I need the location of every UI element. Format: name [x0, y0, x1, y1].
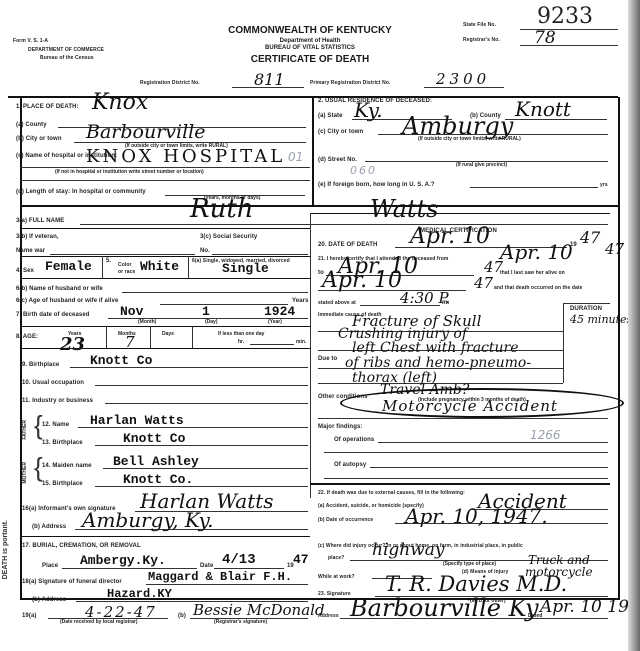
- due-to-label: Due to: [318, 356, 337, 362]
- while-at-work-label: While at work?: [318, 574, 355, 580]
- father-name-label: 12. Name: [42, 422, 69, 428]
- year-hint: (Year): [268, 319, 282, 325]
- sig-address-label: Address: [318, 613, 339, 619]
- res-city-hint: (If outside city or town limits, write R…: [418, 136, 521, 142]
- margin-text: DEATH is portant.: [2, 520, 9, 579]
- age-hr-label: hr.: [238, 339, 244, 345]
- attend-from-value: Apr. 10: [500, 240, 573, 264]
- death-city-label: (b) City or town: [16, 136, 62, 142]
- autopsy-label: Of autopsy: [334, 462, 366, 468]
- certificate-title: CERTIFICATE OF DEATH: [200, 54, 420, 65]
- last-name-value: Watts: [370, 195, 439, 223]
- place-of-death-title: 1. PLACE OF DEATH:: [16, 104, 79, 110]
- signature-label: 23. Signature: [318, 591, 351, 597]
- res-county-value: Knott: [515, 97, 571, 121]
- operations-label: Of operations: [334, 437, 374, 443]
- father-birthplace-label: 13. Birthplace: [42, 440, 83, 446]
- duration-label: DURATION: [570, 306, 602, 312]
- sig-address-value: Barbourville Ky: [350, 594, 539, 622]
- director-address-value: Hazard.KY: [107, 587, 172, 601]
- veteran-label: 3(b) If veteran,: [16, 234, 59, 240]
- death-county-label: (a) County: [16, 122, 47, 128]
- first-name-value: Ruth: [190, 194, 254, 224]
- age-days-label: Days: [162, 331, 174, 337]
- registrar-sig-label: (b): [178, 613, 186, 619]
- father-side-label: FATHER: [22, 420, 28, 440]
- mother-name-value: Bell Ashley: [113, 454, 199, 469]
- age-years-value: 23: [60, 334, 85, 355]
- dept-commerce: DEPARTMENT OF COMMERCE: [28, 47, 104, 53]
- race-num: 5.: [106, 258, 111, 264]
- birthplace-label: 9. Birthplace: [22, 362, 59, 368]
- burial-year-value: 47: [293, 552, 309, 567]
- registrar-no-label: Registrar's No.: [463, 37, 500, 43]
- burial-date-label: Date: [200, 563, 213, 569]
- bureau-vital: BUREAU OF VITAL STATISTICS: [200, 45, 420, 51]
- reg-district-number: 811: [254, 70, 285, 89]
- spouse-label: 6(b) Name of husband or wife: [16, 286, 103, 292]
- birth-day-value: 1: [202, 304, 210, 319]
- bureau-census: Bureau of the Census: [40, 55, 94, 61]
- hospital-value: KNOX HOSPITAL: [86, 146, 285, 167]
- external-title: 22. If death was due to external causes,…: [318, 490, 465, 496]
- registrar-hint: (Registrar's signature): [214, 619, 267, 625]
- death-county-value: Knox: [92, 90, 148, 115]
- sex-label: 4. Sex: [16, 268, 34, 274]
- birthplace-value: Knott Co: [90, 353, 152, 368]
- burial-place-value: Ambergy.Ky.: [80, 553, 166, 568]
- scan-edge: [628, 0, 640, 651]
- external-place-hint: (Specify type of place): [443, 561, 496, 567]
- hospital-hint: (If not in hospital or institution write…: [55, 169, 204, 175]
- burial-date-value: 4/13: [222, 552, 256, 568]
- res-city-label: (c) City or town: [318, 129, 363, 135]
- age-label: 8. AGE:: [16, 334, 38, 340]
- last-saw-label: that I last saw her alive on: [500, 270, 565, 276]
- registrar-signature: Bessie McDonald: [193, 601, 325, 619]
- res-foreign-unit: yrs: [600, 182, 608, 188]
- father-name-value: Harlan Watts: [90, 413, 184, 428]
- informant-address-label: (b) Address: [32, 524, 66, 530]
- month-hint: (Month): [138, 319, 156, 325]
- form-id: Form V. S. 1-A: [13, 38, 48, 44]
- mother-birthplace-label: 15. Birthplace: [42, 481, 83, 487]
- birth-month-value: Nov: [120, 304, 143, 319]
- pencil-note: 1266: [530, 428, 561, 442]
- last-saw-value: Apr. 10: [322, 268, 402, 293]
- birth-date-label: 7. Birth date of deceased: [16, 312, 90, 318]
- res-state-label: (a) State: [318, 113, 343, 119]
- day-hint: (Day): [205, 319, 218, 325]
- cause-line-3: left Chest with fracture: [352, 340, 519, 356]
- external-place-value: highway: [372, 540, 445, 560]
- external-place-label: place?: [328, 555, 344, 561]
- res-street-hint: (If rural give precinct): [456, 162, 507, 168]
- stated-label: stated above at: [318, 300, 356, 306]
- spouse-age-label: 6(c) Age of husband or wife if alive: [16, 298, 118, 304]
- mother-birthplace-value: Knott Co.: [123, 472, 193, 487]
- director-label: 18(a) Signature of funeral director: [22, 579, 122, 585]
- major-findings-label: Major findings:: [318, 424, 363, 430]
- ssn-label: 3(c) Social Security: [200, 234, 257, 240]
- date-of-death-value: Apr. 10: [410, 224, 490, 249]
- mother-name-label: 14. Maiden name: [42, 463, 92, 469]
- dept-health: Department of Health: [200, 38, 420, 44]
- res-state-value: Ky.: [354, 98, 383, 122]
- attend-from-year: 47: [605, 240, 624, 258]
- death-city-value: Barbourville: [86, 121, 206, 143]
- father-birthplace-value: Knott Co: [123, 431, 185, 446]
- commonwealth-title: COMMONWEALTH OF KENTUCKY: [200, 25, 420, 36]
- age-less-label: If less than one day: [218, 331, 264, 337]
- cause-line-4: of ribs and hemo-pneumo-: [345, 355, 531, 371]
- burial-place-label: Place: [42, 563, 58, 569]
- war-label: Name war: [16, 248, 45, 254]
- ssn-no-label: No.: [200, 248, 210, 254]
- birth-year-value: 1924: [264, 304, 295, 319]
- state-file-label: State File No.: [463, 22, 496, 28]
- director-value: Maggard & Blair F.H.: [148, 570, 292, 584]
- dated-value: Apr. 10 1947: [540, 597, 640, 617]
- age-min-label: min.: [296, 339, 306, 345]
- industry-label: 11. Industry or business: [22, 398, 93, 404]
- occurred-label: and that death occurred on the date: [494, 285, 583, 291]
- primary-reg-number: 2300: [436, 70, 490, 88]
- received-label: 19(a): [22, 613, 37, 619]
- registrar-number: 78: [534, 28, 556, 48]
- primary-reg-label: Primary Registration District No.: [310, 80, 391, 86]
- race-value: White: [140, 259, 179, 274]
- date-year-value: 47: [580, 228, 600, 247]
- res-street-code: 060: [350, 164, 377, 177]
- reg-district-label: Registration District No.: [140, 80, 200, 86]
- physician-signature: T. R. Davies M.D.: [385, 572, 567, 596]
- res-street-label: (d) Street No.: [318, 157, 357, 163]
- state-file-number: 9233: [537, 4, 593, 29]
- last-saw-year: 47: [474, 274, 493, 292]
- director-address-label: (b) Address: [32, 597, 66, 603]
- occupation-label: 10. Usual occupation: [22, 380, 84, 386]
- date-of-death-label: 20. DATE OF DEATH: [318, 242, 377, 248]
- full-name-label: 3(a) FULL NAME: [16, 218, 64, 224]
- other-line-2: Motorcycle Accident: [382, 397, 558, 415]
- hospital-code: 01: [288, 150, 303, 164]
- mother-side-label: MOTHER: [22, 462, 28, 484]
- marital-value: Single: [222, 261, 269, 276]
- sex-value: Female: [45, 259, 92, 274]
- external-date-value: Apr. 10, 1947.: [405, 504, 548, 528]
- informant-address-value: Amburgy, Ky.: [82, 508, 213, 532]
- received-hint: (Date received by local registrar): [60, 619, 138, 625]
- duration-value: 45 minutes: [570, 313, 632, 326]
- res-foreign-label: (e) If foreign born, how long in U. S. A…: [318, 182, 435, 188]
- race-label: Color or race: [118, 262, 136, 276]
- death-time-suffix: m.: [442, 300, 449, 306]
- stay-label: (d) Length of stay: In hospital or commu…: [16, 189, 146, 195]
- burial-title: 17. BURIAL, CREMATION, OR REMOVAL: [22, 543, 141, 549]
- external-date-label: (b) Date of occurrence: [318, 517, 373, 523]
